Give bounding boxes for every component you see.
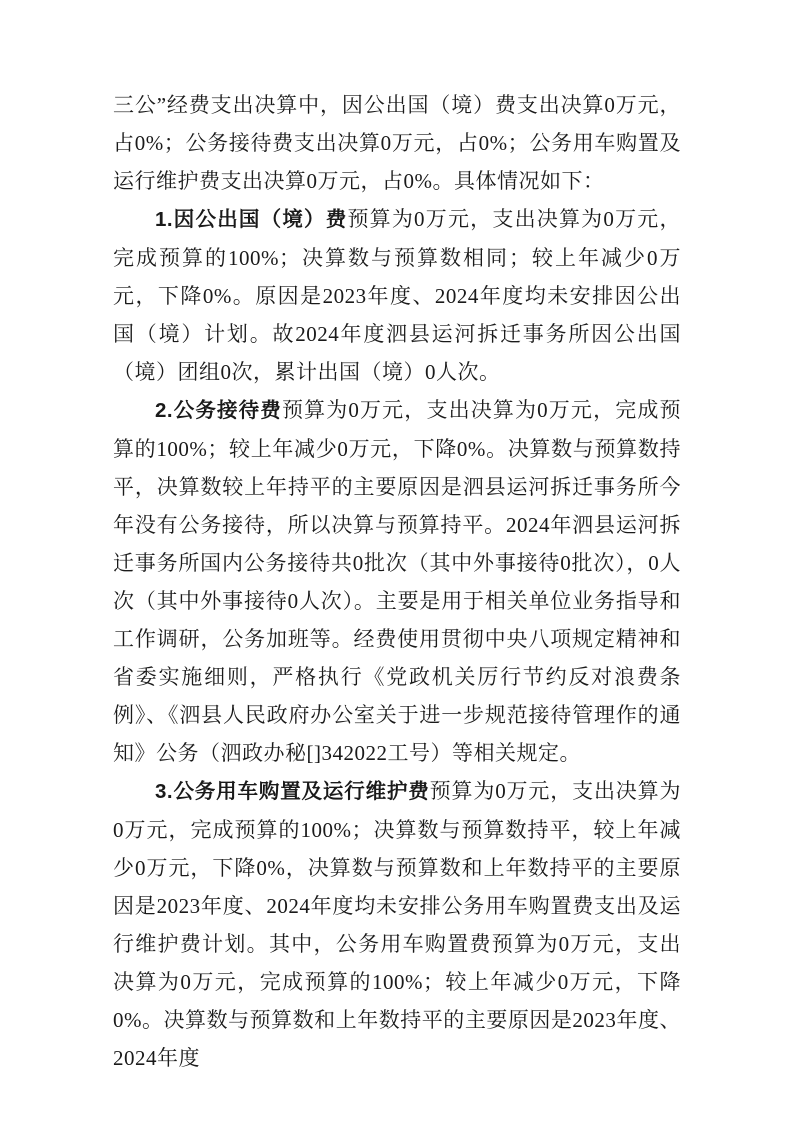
document-page: 三公”经费支出决算中，因公出国（境）费支出决算0万元，占0%；公务接待费支出决算… (0, 0, 793, 1122)
paragraph-heading: 2.公务接待费 (155, 399, 282, 422)
document-body: 三公”经费支出决算中，因公出国（境）费支出决算0万元，占0%；公务接待费支出决算… (113, 86, 681, 1077)
paragraph-outbound-travel-expense: 1.因公出国（境）费预算为0万元，支出决算为0万元，完成预算的100%；决算数与… (113, 200, 681, 391)
paragraph-heading: 1.因公出国（境）费 (155, 208, 347, 231)
paragraph-official-vehicle-expense: 3.公务用车购置及运行维护费预算为0万元，支出决算为0万元，完成预算的100%；… (113, 772, 681, 1077)
paragraph-text: 预算为0万元，支出决算为0万元，完成预算的100%；决算数与预算数相同；较上年减… (113, 207, 681, 384)
paragraph-official-reception-expense: 2.公务接待费预算为0万元，支出决算为0万元，完成预算的100%；较上年减少0万… (113, 391, 681, 772)
paragraph-text: 三公”经费支出决算中，因公出国（境）费支出决算0万元，占0%；公务接待费支出决算… (113, 93, 681, 193)
paragraph-three-public-summary: 三公”经费支出决算中，因公出国（境）费支出决算0万元，占0%；公务接待费支出决算… (113, 86, 681, 200)
paragraph-text: 预算为0万元，支出决算为0万元，完成预算的100%；决算数与预算数持平，较上年减… (113, 779, 681, 1070)
paragraph-heading: 3.公务用车购置及运行维护费 (155, 780, 430, 803)
paragraph-text: 预算为0万元，支出决算为0万元，完成预算的100%；较上年减少0万元，下降0%。… (113, 398, 681, 765)
